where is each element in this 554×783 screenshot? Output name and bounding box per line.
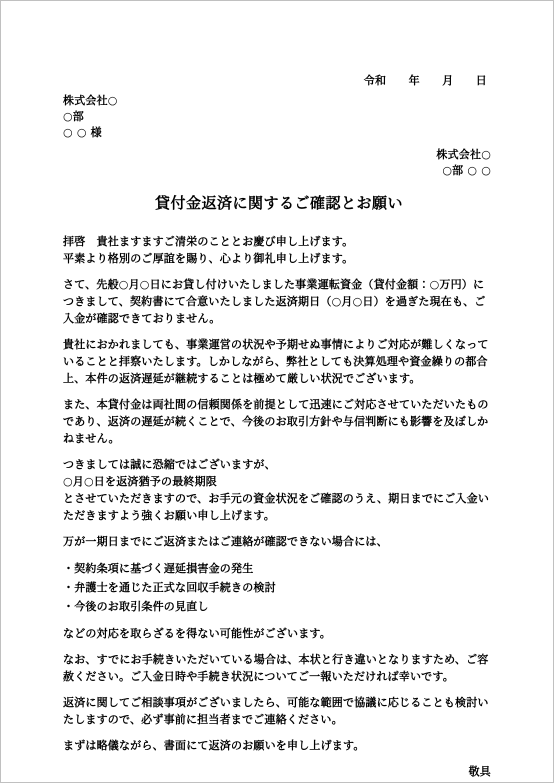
para-deadline-request: つきましては誠に恐縮ではございますが、 ○月○日を返済猶予の最終期限 とさせてい… [63,456,495,524]
para-consequence: などの対応を取らざるを得ない可能性がございます。 [63,625,495,642]
closing-word: 敬具 [63,763,495,780]
date-line: 令和 年 月 日 [63,73,495,89]
bullet-legal-collection: ・弁護士を通じた正式な回収手続きの検討 [63,578,495,597]
sender-company: 株式会社○ [63,147,491,163]
para-consultation: 返済に関してご相談事項がございましたら、可能な範囲で協議に応じることも検討い た… [63,694,495,728]
sender-block: 株式会社○ ○部 ○ ○ [63,147,495,179]
para-warning-intro: 万が一期日までにご返済またはご連絡が確認できない場合には、 [63,533,495,550]
letter-title: 貸付金返済に関するご確認とお願い [63,193,495,213]
para-greeting: 拝啓 貴社ますますご清栄のこととお慶び申し上げます。 平素より格別のご厚誼を賜り… [63,233,495,267]
para-closing-line: まずは略儀ながら、書面にて返済のお願いを申し上げます。 [63,737,495,754]
bullet-terms-review: ・今後のお取引条件の見直し [63,597,495,616]
recipient-person: ○ ○ 様 [63,125,495,141]
consequence-bullet-list: ・契約条項に基づく遅延損害金の発生 ・弁護士を通じた正式な回収手続きの検討 ・今… [63,559,495,616]
sender-department-person: ○部 ○ ○ [63,163,491,179]
letter-page: 令和 年 月 日 株式会社○ ○部 ○ ○ 様 株式会社○ ○部 ○ ○ 貸付金… [0,0,554,783]
recipient-company: 株式会社○ [63,93,495,109]
para-borrower-situation: 貴社におかれましても、事業運営の状況や予期せぬ事情によりご対応が難しくなって い… [63,336,495,387]
para-crossing-notice: なお、すでにお手続きいただいている場合は、本状と行き違いとなりますため、ご容 赦… [63,651,495,685]
para-loan-overview: さて、先般○月○日にお貸し付けいたしました事業運転資金（貸付金額：○万円）に つ… [63,276,495,327]
para-trust-relationship: また、本貸付金は両社間の信頼関係を前提として迅速にご対応させていただいたもの で… [63,396,495,447]
recipient-block: 株式会社○ ○部 ○ ○ 様 [63,93,495,141]
recipient-department: ○部 [63,109,495,125]
bullet-late-damages: ・契約条項に基づく遅延損害金の発生 [63,559,495,578]
